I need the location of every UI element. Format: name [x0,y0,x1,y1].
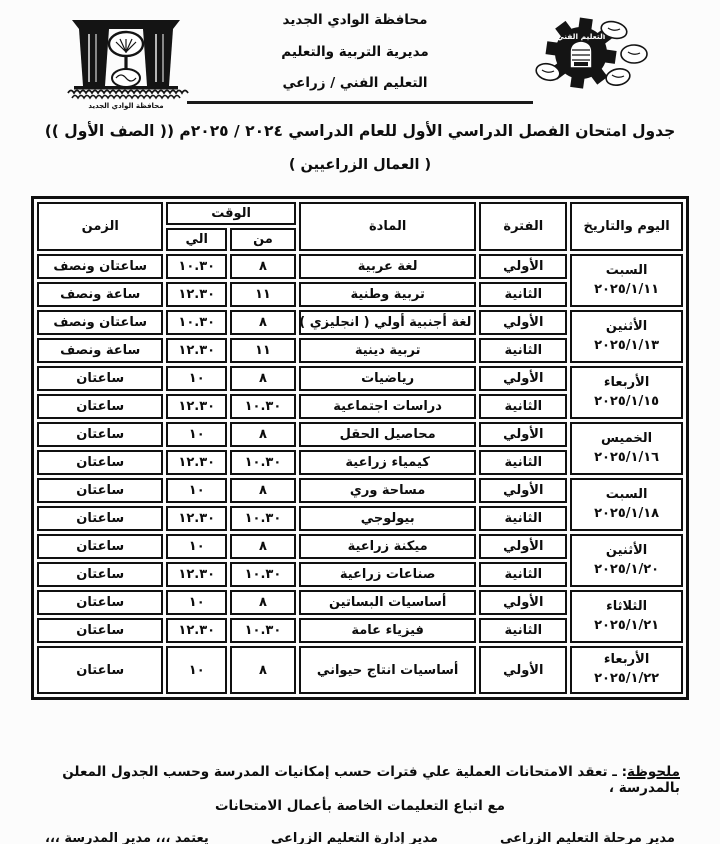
period-cell: الثانية [479,282,567,307]
duration-cell: ساعتان ونصف [37,254,163,279]
from-cell: ٨ [230,478,296,503]
to-cell: ١٠ [166,478,227,503]
day-date-cell: الأربعاء ٢٠٢٥/١/١٥ [570,366,683,419]
header-day: اليوم والتاريخ [570,202,683,251]
day-date-cell: الثلاثاء ٢٠٢٥/١/٢١ [570,590,683,643]
subject-cell: محاصيل الحقل [299,422,477,447]
to-cell: ١٠.٣٠ [166,254,227,279]
to-cell: ١٢.٣٠ [166,282,227,307]
to-cell: ١٢.٣٠ [166,562,227,587]
subject-cell: فيزياء عامة [299,618,477,643]
subject-cell: أساسيات البساتين [299,590,477,615]
period-cell: الثانية [479,562,567,587]
signature-middle: مدير إدارة التعليم الزراعي [271,831,438,844]
temple-gate-icon [62,12,190,100]
document-subtitle: ( العمال الزراعيين ) [0,157,720,173]
period-cell: الأولي [479,646,567,694]
subject-cell: لغة عربية [299,254,477,279]
header-period: الفترة [479,202,567,251]
duration-cell: ساعتان [37,562,163,587]
subject-cell: ميكنة زراعية [299,534,477,559]
note-label: ملحوظة [627,764,680,780]
period-cell: الثانية [479,450,567,475]
duration-cell: ساعتان [37,534,163,559]
day-date-cell: الأربعاء ٢٠٢٥/١/٢٢ [570,646,683,694]
subject-cell: تربية دينية [299,338,477,363]
gear-emblem-icon: التعليم الفني [526,16,658,90]
to-cell: ١٢.٣٠ [166,394,227,419]
day-date-cell: السبت ٢٠٢٥/١/١٨ [570,478,683,531]
period-cell: الأولي [479,310,567,335]
letterhead-underline [187,101,533,104]
table-row: السبت ٢٠٢٥/١/١١ الأولي لغة عربية ٨ ١٠.٣٠… [37,254,683,279]
from-cell: ٨ [230,534,296,559]
period-cell: الأولي [479,422,567,447]
from-cell: ٨ [230,590,296,615]
subject-cell: مساحة وري [299,478,477,503]
header-time: الوقت [166,202,295,225]
to-cell: ١٠ [166,534,227,559]
period-cell: الثانية [479,338,567,363]
document-title: جدول امتحان الفصل الدراسي الأول للعام ال… [0,122,720,140]
from-cell: ٨ [230,366,296,391]
subject-cell: بيولوجي [299,506,477,531]
subject-cell: أساسيات انتاج حيواني [299,646,477,694]
table-row: الأربعاء ٢٠٢٥/١/١٥ الأولي رياضيات ٨ ١٠ س… [37,366,683,391]
duration-cell: ساعتان [37,646,163,694]
period-cell: الأولي [479,534,567,559]
duration-cell: ساعتان [37,618,163,643]
letterhead-directorate: مديرية التربية والتعليم [215,46,495,60]
from-cell: ١٠.٣٠ [230,562,296,587]
period-cell: الأولي [479,366,567,391]
from-cell: ٨ [230,646,296,694]
subject-cell: صناعات زراعية [299,562,477,587]
header-duration: الزمن [37,202,163,251]
table-row: الخميس ٢٠٢٥/١/١٦ الأولي محاصيل الحقل ٨ ١… [37,422,683,447]
signature-left: يعتمد ،،، مدير المدرسة ،،، [45,831,209,844]
scanned-exam-schedule-page: محافظة الوادي الجديد مديرية التربية والت… [0,0,720,844]
table-row: الأثنين ٢٠٢٥/١/١٣ الأولي لغة أجنبية أولي… [37,310,683,335]
duration-cell: ساعتان [37,478,163,503]
table-row: الأربعاء ٢٠٢٥/١/٢٢ الأولي أساسيات انتاج … [37,646,683,694]
governorate-logo: محافظة الوادي الجديد [62,12,190,110]
duration-cell: ساعتان [37,590,163,615]
to-cell: ١٠ [166,366,227,391]
period-cell: الأولي [479,478,567,503]
period-cell: الأولي [479,254,567,279]
note-line-2: مع اتباع التعليمات الخاصة بأعمال الامتحا… [0,798,720,814]
duration-cell: ساعتان [37,422,163,447]
from-cell: ١١ [230,282,296,307]
header-time-to: الي [166,228,227,251]
from-cell: ٨ [230,310,296,335]
header-time-from: من [230,228,296,251]
to-cell: ١٠ [166,590,227,615]
duration-cell: ساعتان ونصف [37,310,163,335]
from-cell: ١٠.٣٠ [230,450,296,475]
header-subject: المادة [299,202,477,251]
technical-education-logo: التعليم الفني [526,16,658,94]
to-cell: ١٢.٣٠ [166,450,227,475]
letterhead-governorate: محافظة الوادي الجديد [215,14,495,28]
note-line-1: ملحوظة: ـ تعقد الامتحانات العملية علي فت… [30,764,680,796]
signature-right: مدير مرحلة التعليم الزراعي [500,831,675,844]
from-cell: ٨ [230,422,296,447]
table-row: الأثنين ٢٠٢٥/١/٢٠ الأولي ميكنة زراعية ٨ … [37,534,683,559]
governorate-logo-caption: محافظة الوادي الجديد [62,102,190,110]
duration-cell: ساعتان [37,450,163,475]
letterhead: محافظة الوادي الجديد مديرية التربية والت… [215,14,495,109]
duration-cell: ساعة ونصف [37,282,163,307]
gear-emblem-label: التعليم الفني [557,32,606,41]
exam-schedule-table: اليوم والتاريخ الفترة المادة الوقت الزمن… [31,196,689,700]
subject-cell: تربية وطنية [299,282,477,307]
subject-cell: لغة أجنبية أولي ( انجليزي ) [299,310,477,335]
day-date-cell: الأثنين ٢٠٢٥/١/١٣ [570,310,683,363]
table-row: السبت ٢٠٢٥/١/١٨ الأولي مساحة وري ٨ ١٠ سا… [37,478,683,503]
subject-cell: دراسات اجتماعية [299,394,477,419]
period-cell: الأولي [479,590,567,615]
to-cell: ١٢.٣٠ [166,506,227,531]
letterhead-department: التعليم الفني / زراعي [215,77,495,91]
duration-cell: ساعة ونصف [37,338,163,363]
to-cell: ١٠.٣٠ [166,310,227,335]
to-cell: ١٠ [166,422,227,447]
from-cell: ٨ [230,254,296,279]
subject-cell: كيمياء زراعية [299,450,477,475]
period-cell: الثانية [479,506,567,531]
day-date-cell: الأثنين ٢٠٢٥/١/٢٠ [570,534,683,587]
duration-cell: ساعتان [37,366,163,391]
period-cell: الثانية [479,394,567,419]
note-text: : ـ تعقد الامتحانات العملية علي فترات حس… [62,764,680,796]
to-cell: ١٢.٣٠ [166,338,227,363]
duration-cell: ساعتان [37,506,163,531]
from-cell: ١٠.٣٠ [230,394,296,419]
from-cell: ١٠.٣٠ [230,506,296,531]
duration-cell: ساعتان [37,394,163,419]
from-cell: ١٠.٣٠ [230,618,296,643]
to-cell: ١٢.٣٠ [166,618,227,643]
period-cell: الثانية [479,618,567,643]
signature-row: مدير مرحلة التعليم الزراعي مدير إدارة ال… [45,831,675,844]
to-cell: ١٠ [166,646,227,694]
day-date-cell: السبت ٢٠٢٥/١/١١ [570,254,683,307]
subject-cell: رياضيات [299,366,477,391]
day-date-cell: الخميس ٢٠٢٥/١/١٦ [570,422,683,475]
from-cell: ١١ [230,338,296,363]
table-row: الثلاثاء ٢٠٢٥/١/٢١ الأولي أساسيات البسات… [37,590,683,615]
